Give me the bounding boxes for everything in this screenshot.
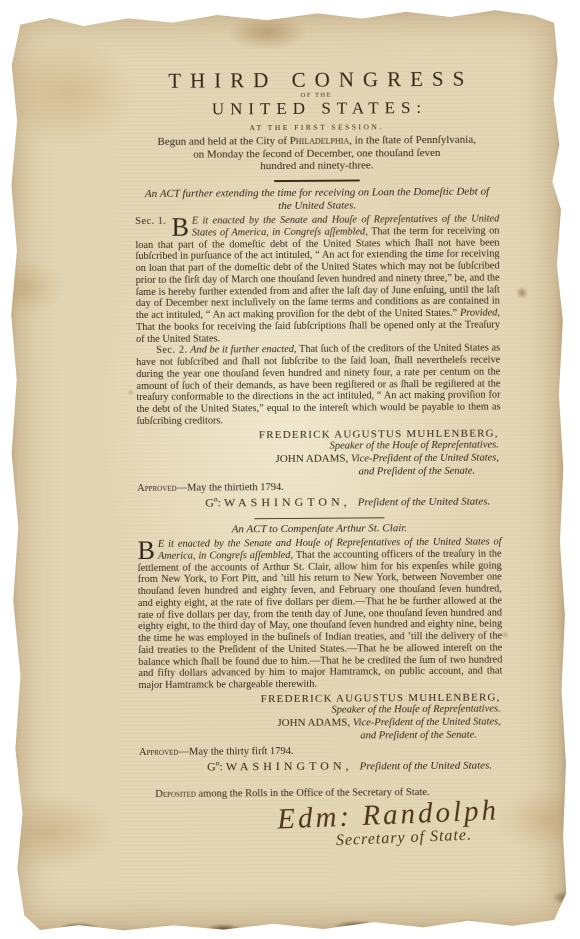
congress-title: THIRD CONGRESS (134, 67, 498, 95)
president-name: WASHINGTON, (226, 758, 360, 773)
president-initial: Gº: (207, 759, 226, 773)
act-1-signers: FREDERICK AUGUSTUS MUHLENBERG, Speaker o… (137, 427, 501, 480)
deposited-word: Deposited (155, 789, 196, 800)
act-2-dropcap: B (137, 539, 157, 561)
secretary-signature: Edm: Randolph Secretary of State. (139, 795, 505, 858)
approved-date: —May the thirtieth 1794. (177, 482, 284, 494)
united-states-title: UNITED STATES: (134, 98, 498, 121)
section-1-label: Sec. 1. (135, 216, 166, 228)
president-initial: Gº: (205, 495, 224, 509)
senate-president-title: and Preſident of the Senate. (137, 465, 501, 480)
act-2-signers: FREDERICK AUGUSTUS MUHLENBERG, Speaker o… (139, 691, 503, 744)
vice-president-name: JOHN ADAMS, (276, 453, 352, 466)
president-title: Preſident of the United States. (358, 495, 491, 508)
act-1-title: An ACT further extending the time for re… (139, 186, 495, 213)
act-2-president-line: Gº: WASHINGTON, Preſident of the United … (207, 757, 503, 774)
act-1: An ACT further extending the time for re… (135, 186, 501, 511)
section-1-dropcap: B (171, 216, 191, 238)
act-2: An ACT to Compenſate Arthur St. Clair. B… (137, 521, 503, 775)
header-divider-rule (274, 179, 360, 182)
section-1-body: That the term for receiving on loan that… (135, 225, 499, 321)
act-1-president-line: Gº: WASHINGTON, Preſident of the United … (205, 493, 501, 510)
approved-date: —May the thirty firſt 1794. (178, 746, 293, 758)
proviso-body: That the books for receiving the ſaid ſu… (136, 319, 500, 344)
vice-president-title: Vice-Preſident of the United States, (353, 717, 501, 729)
held-suffix: , in the ſtate of Pennſylvania, (349, 134, 476, 147)
held-city: Philadelphia (290, 135, 350, 147)
act-2-title: An ACT to Compenſate Arthur St. Clair. (141, 521, 497, 536)
act-1-section-1: Sec. 1.BE it enacted by the Senate and H… (135, 214, 500, 346)
document-header: THIRD CONGRESS OF THE UNITED STATES: AT … (134, 67, 499, 174)
proviso-word: Provided, (460, 308, 500, 319)
act-2-body: That the accounting officers of the trea… (138, 548, 503, 691)
approved-word: Approved (139, 747, 179, 758)
president-name: WASHINGTON, (224, 494, 358, 509)
aged-paper-document: THIRD CONGRESS OF THE UNITED STATES: AT … (6, 6, 568, 934)
held-lines: Begun and held at the City of Philadelph… (135, 134, 499, 174)
document-content: THIRD CONGRESS OF THE UNITED STATES: AT … (134, 67, 503, 852)
vice-president-name: JOHN ADAMS, (277, 717, 353, 730)
act-2-approved-line: Approved—May the thirty firſt 1794. (139, 743, 503, 759)
approved-word: Approved (137, 482, 177, 493)
section-2-label: Sec. 2. (136, 345, 188, 356)
act-2-body-paragraph: BE it enacted by the Senate and Houſe of… (137, 537, 502, 692)
held-prefix: Begun and held at the City of (157, 135, 289, 148)
vice-president-title: Vice-Preſident of the United States, (351, 453, 499, 465)
act-1-approved-line: Approved—May the thirtieth 1794. (137, 479, 501, 495)
held-line-1: Begun and held at the City of Philadelph… (135, 134, 499, 149)
senate-president-title: and Preſident of the Senate. (139, 729, 503, 744)
president-title: Preſident of the United States. (360, 760, 493, 773)
acts-divider-rule (254, 517, 384, 519)
held-line-3: hundred and ninety-three. (135, 159, 499, 174)
act-1-section-2: Sec. 2. And be it further enacted, That … (136, 343, 501, 428)
section-2-enacting-clause: And be it further enacted, (188, 344, 297, 356)
session-line: AT THE FIRST SESSION. (135, 122, 499, 134)
